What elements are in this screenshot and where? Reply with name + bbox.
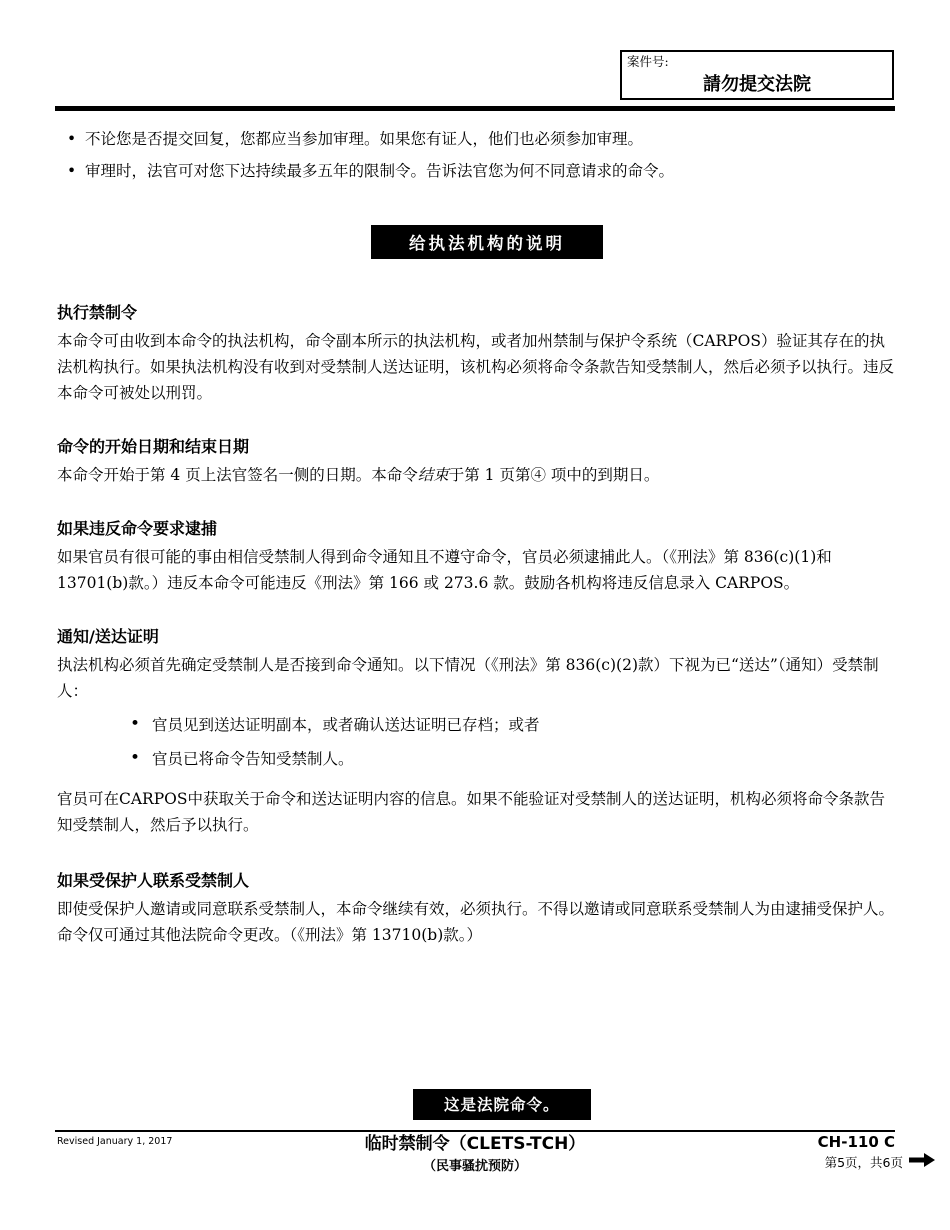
footer-form-title-block: 临时禁制令（CLETS-TCH） （民事骚扰预防） (0, 1134, 950, 1175)
form-page: 案件号: 請勿提交法院 不论您是否提交回复，您都应当参加审理。如果您有证人，他们… (0, 0, 950, 1230)
case-number-label: 案件号: (627, 54, 887, 69)
form-number: CH-110 C (818, 1133, 895, 1151)
section-heading: 命令的开始日期和结束日期 (57, 436, 895, 457)
form-title: 临时禁制令（CLETS-TCH） (0, 1134, 950, 1155)
body-text: 于第 1 页第④ 项中的到期日。 (449, 466, 660, 484)
section-body: 执法机构必须首先确定受禁制人是否接到命令通知。以下情况（《刑法》第 836(c)… (57, 652, 895, 704)
section-body: 如果官员有很可能的事由相信受禁制人得到命令通知且不遵守命令，官员必须逮捕此人。（… (57, 544, 895, 596)
section-body: 本命令可由收到本命令的执法机构，命令副本所示的执法机构，或者加州禁制与保护令系统… (57, 328, 895, 406)
page-info-row: 第5页，共6页 (818, 1153, 935, 1171)
section-body: 本命令开始于第 4 页上法官签名一侧的日期。本命令结束于第 1 页第④ 项中的到… (57, 462, 895, 488)
footer-form-number-block: CH-110 C 第5页，共6页 (818, 1133, 935, 1171)
intro-bullet-item: 审理时，法官可对您下达持续最多五年的限制令。告诉法官您为何不同意请求的命令。 (57, 160, 895, 183)
section-body: 官员可在CARPOS中获取关于命令和送达证明内容的信息。如果不能验证对受禁制人的… (57, 786, 895, 838)
page-content: 不论您是否提交回复，您都应当参加审理。如果您有证人，他们也必须参加审理。 审理时… (57, 128, 895, 948)
court-order-banner: 这是法院命令。 (413, 1089, 591, 1120)
section-body: 即使受保护人邀请或同意联系受禁制人，本命令继续有效，必须执行。不得以邀请或同意联… (57, 896, 895, 948)
section-heading: 通知/送达证明 (57, 626, 895, 647)
page-number: 第5页，共6页 (825, 1153, 903, 1171)
intro-bullet-list: 不论您是否提交回复，您都应当参加审理。如果您有证人，他们也必须参加审理。 审理时… (57, 128, 895, 183)
do-not-file-notice: 請勿提交法院 (627, 70, 887, 96)
case-number-box: 案件号: 請勿提交法院 (620, 50, 894, 100)
section-heading: 执行禁制令 (57, 302, 895, 323)
service-condition-item: 官员已将命令告知受禁制人。 (57, 746, 895, 772)
service-condition-list: 官员见到送达证明副本，或者确认送达证明已存档；或者 官员已将命令告知受禁制人。 (57, 712, 895, 772)
law-enforcement-instructions-banner: 给执法机构的说明 (371, 225, 603, 259)
section-protected-person-contact: 如果受保护人联系受禁制人 即使受保护人邀请或同意联系受禁制人，本命令继续有效，必… (57, 870, 895, 948)
section-start-end-dates: 命令的开始日期和结束日期 本命令开始于第 4 页上法官签名一侧的日期。本命令结束… (57, 436, 895, 488)
section-notice-proof-of-service: 通知/送达证明 执法机构必须首先确定受禁制人是否接到命令通知。以下情况（《刑法》… (57, 626, 895, 838)
section-arrest-required: 如果违反命令要求逮捕 如果官员有很可能的事由相信受禁制人得到命令通知且不遵守命令… (57, 518, 895, 596)
section-heading: 如果受保护人联系受禁制人 (57, 870, 895, 891)
arrow-right-icon (909, 1153, 935, 1171)
body-text: 本命令开始于第 4 页上法官签名一侧的日期。本命令 (57, 466, 418, 484)
footer-rule (55, 1130, 895, 1132)
body-text-italic: 结束 (418, 466, 449, 484)
top-rule (55, 106, 895, 111)
section-enforcing-order: 执行禁制令 本命令可由收到本命令的执法机构，命令副本所示的执法机构，或者加州禁制… (57, 302, 895, 406)
section-heading: 如果违反命令要求逮捕 (57, 518, 895, 539)
service-condition-item: 官员见到送达证明副本，或者确认送达证明已存档；或者 (57, 712, 895, 738)
intro-bullet-item: 不论您是否提交回复，您都应当参加审理。如果您有证人，他们也必须参加审理。 (57, 128, 895, 151)
form-subtitle: （民事骚扰预防） (0, 1159, 950, 1175)
